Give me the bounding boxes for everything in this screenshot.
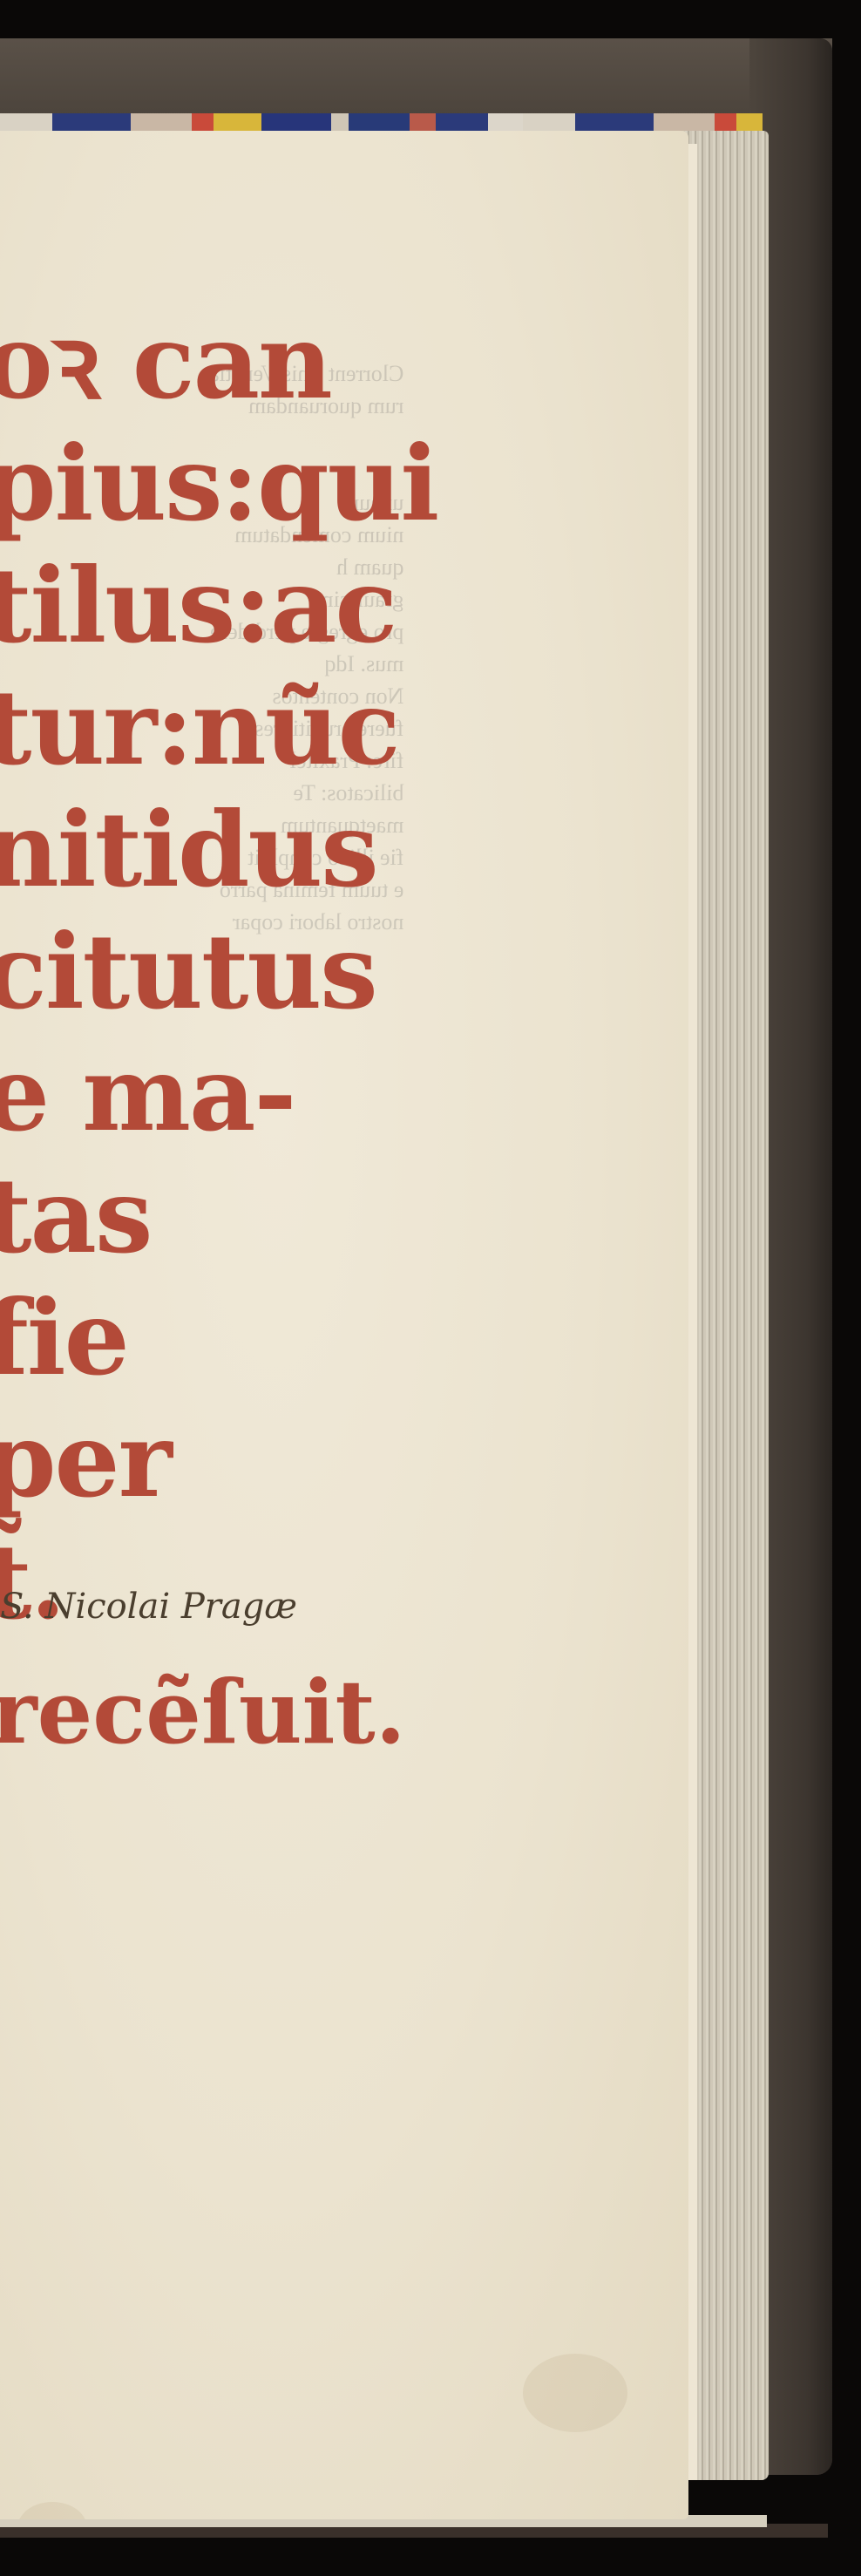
handwritten-ownership-inscription: S. Nicolai Pragæ: [0, 1587, 297, 1627]
rubricated-text-block: oꝛ can pius:qui tilus:ac tur:nũc nitidus…: [0, 301, 437, 1643]
rubric-line: nitidus: [0, 789, 437, 911]
rubric-line: tur:nũc: [0, 667, 437, 789]
book-cover-top-edge: [0, 38, 832, 117]
decorated-headband: [0, 113, 763, 131]
rubric-line: per: [0, 1399, 437, 1521]
book-page: Clorrent finis Venetia rum quoruandam ui…: [0, 131, 688, 2519]
rubric-line: fie: [0, 1277, 437, 1399]
paper-stain: [17, 2502, 87, 2519]
paper-stain: [523, 2354, 627, 2432]
rubric-line: tilus:ac: [0, 545, 437, 667]
rubric-line: citutus: [0, 911, 437, 1033]
rubric-line: pius:qui: [0, 423, 437, 545]
rubric-line: tas: [0, 1155, 437, 1277]
rubric-line: oꝛ can: [0, 301, 437, 423]
rubric-line: e ma-: [0, 1033, 437, 1155]
final-rubric-line: recẽſuit.: [0, 1661, 406, 1764]
